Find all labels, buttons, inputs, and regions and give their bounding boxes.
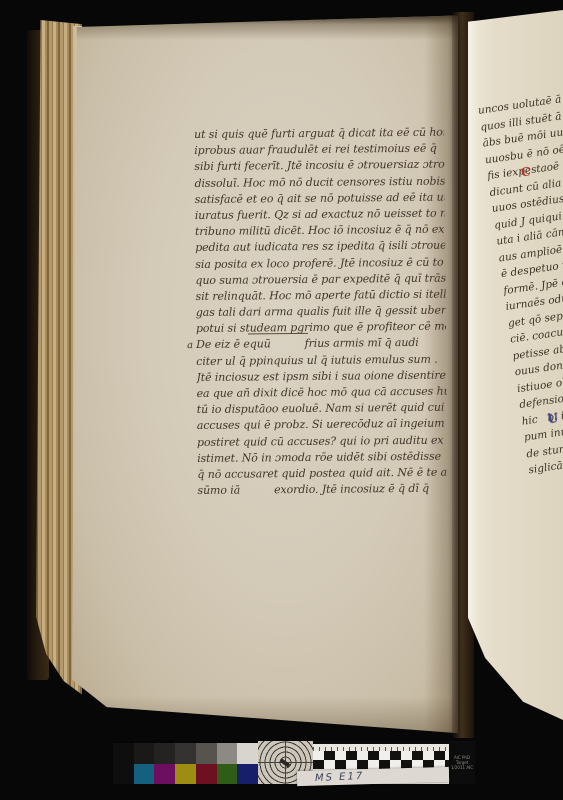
manuscript-line: De eiz ē equū frius armis mī q̄ audi [196,335,446,354]
target-credit: AIC PhD Target 1/2011 AIC [449,741,475,784]
gray-patch [175,743,196,764]
manuscript-line: sūmo iā exordio. Jtē incosiuz ē q̄ dī q̄ [197,481,447,500]
manuscript-line: sibi furti fecerīt. Jtē incosiu ē ɔtroue… [194,157,444,176]
left-page-text-block: ut si quis quē furti arguat q̄ dicat ita… [194,125,448,500]
target-credit-line1: AIC PhD Target [449,755,475,765]
manuscript-line: pedita aut iudicata res sz ipedita q̄ is… [195,238,445,257]
page-bottom-shadow [72,696,458,736]
color-calibration-target: AIC PhD Target 1/2011 AIC MS E17 [113,741,475,784]
color-patch [134,764,155,785]
color-patch [154,764,175,785]
manuscript-photo: ut si quis quē furti arguat q̄ dicat ita… [0,0,563,800]
color-patch [237,764,258,785]
gray-patch [113,743,134,764]
color-chart [113,741,258,784]
grayscale-row [113,743,258,764]
page-top-shadow [72,14,458,40]
color-patch [217,764,238,785]
checker-row-top [313,751,449,760]
gray-patch [196,743,217,764]
focus-needle [279,758,289,767]
gray-patch [217,743,238,764]
ruler-ticks [313,744,449,751]
gray-patch [134,743,155,764]
color-row [113,764,258,785]
manuscript-line: accuses qui ē probz. Si uerecōduz aī ing… [197,416,447,435]
gray-patch [154,743,175,764]
manuscript-line: sia posita ex loco proferē. Jtē incosiuz… [195,254,445,273]
color-patch [175,764,196,785]
target-credit-line2: 1/2011 AIC [449,765,475,770]
gray-patch [237,743,258,764]
color-patch [113,764,134,785]
shelfmark-label: MS E17 [315,771,365,784]
color-patch [196,764,217,785]
